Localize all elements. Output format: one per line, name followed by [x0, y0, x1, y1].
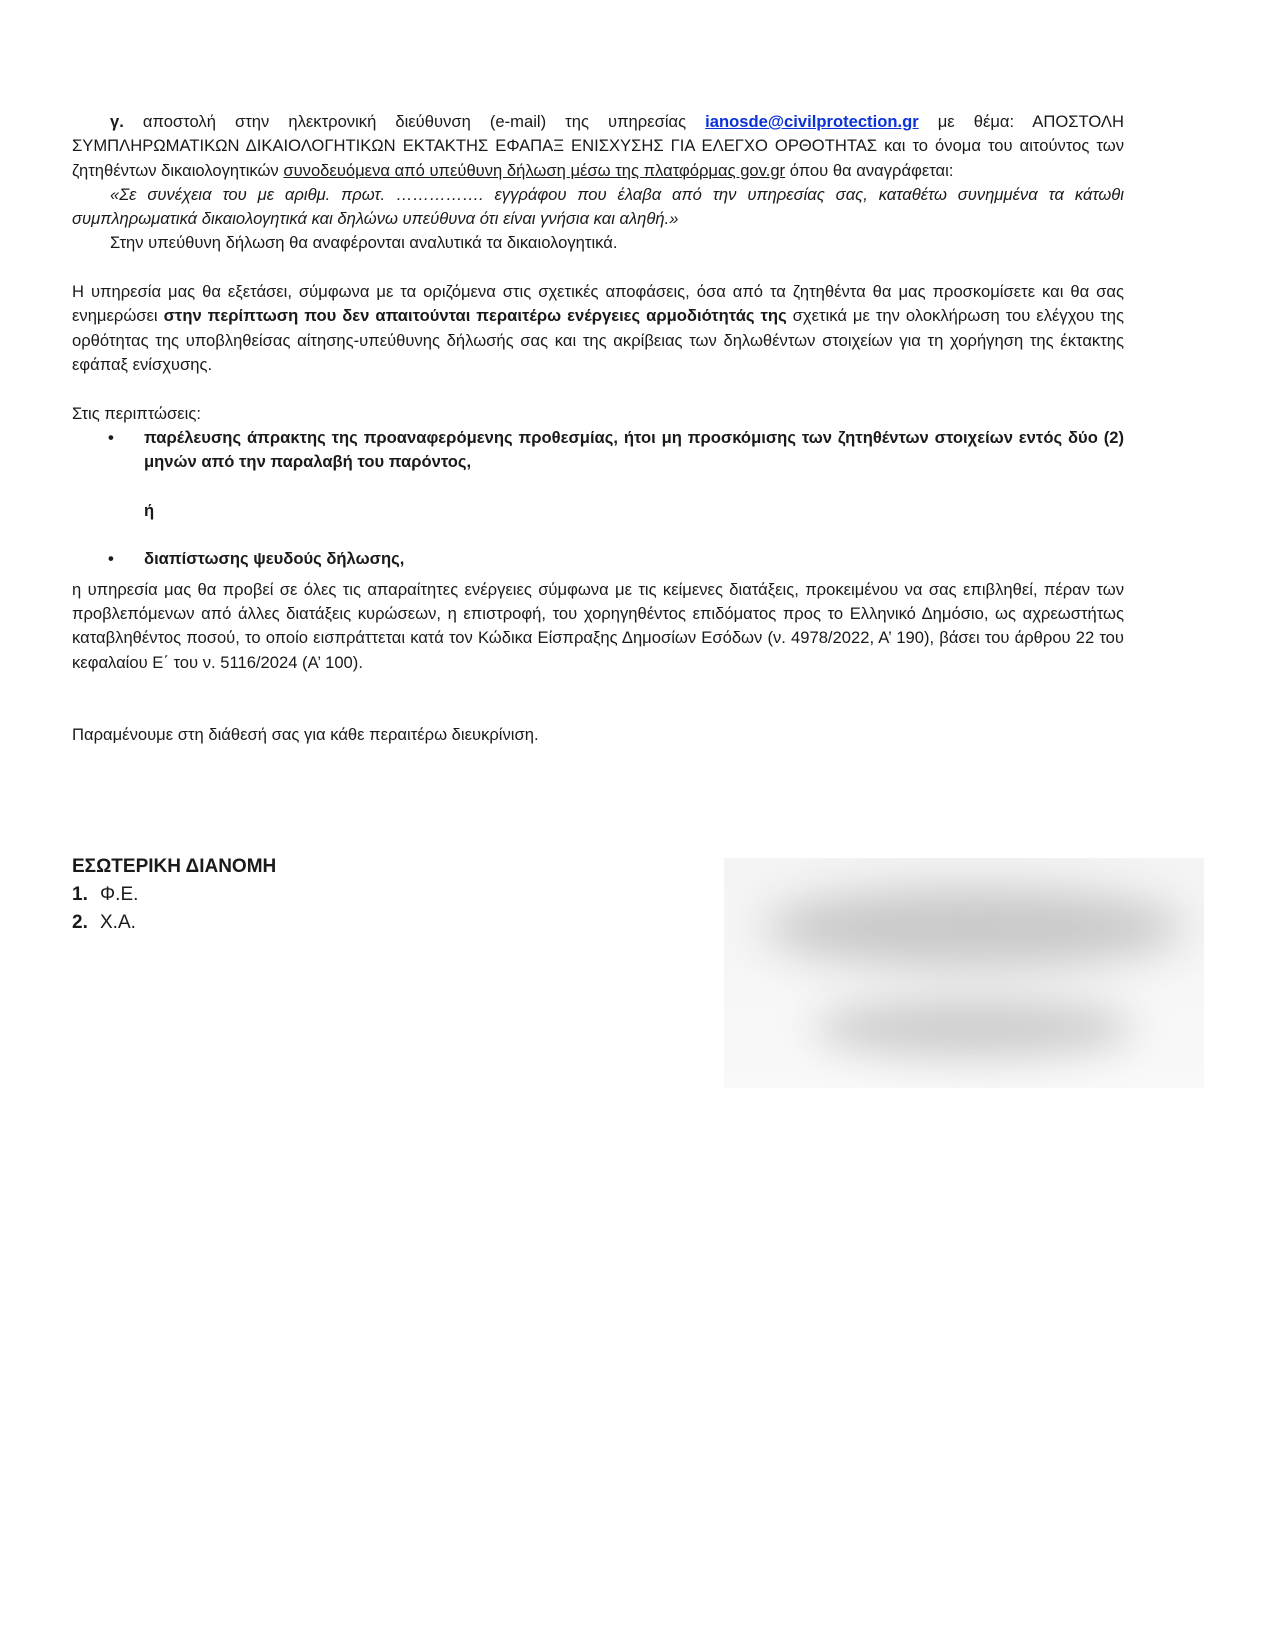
distribution-title: ΕΣΩΤΕΡΙΚΗ ΔΙΑΝΟΜΗ [72, 853, 276, 881]
declaration-note: Στην υπεύθυνη δήλωση θα αναφέρονται αναλ… [72, 231, 1124, 255]
section-g-label: γ. [110, 112, 124, 131]
closing-sentence: Παραμένουμε στη διάθεσή σας για κάθε περ… [72, 723, 1124, 747]
review-paragraph: Η υπηρεσία μας θα εξετάσει, σύμφωνα με τ… [72, 280, 1124, 377]
distribution-item: 1.Φ.Ε. [72, 881, 276, 909]
case-item: • παρέλευσης άπρακτης της προαναφερόμενη… [72, 426, 1124, 475]
bullet-icon: • [72, 426, 144, 475]
blurred-signature-block [724, 858, 1204, 1088]
document-page: γ. αποστολή στην ηλεκτρονική διεύθυνση (… [72, 110, 1124, 748]
distribution-item: 2.Χ.Α. [72, 909, 276, 937]
email-link[interactable]: ianosde@civilprotection.gr [705, 112, 919, 131]
internal-distribution: ΕΣΩΤΕΡΙΚΗ ΔΙΑΝΟΜΗ 1.Φ.Ε. 2.Χ.Α. [72, 853, 276, 937]
underlined-requirement: συνοδευόμενα από υπεύθυνη δήλωση μέσω τη… [283, 161, 785, 180]
quoted-declaration: «Σε συνέχεια του με αριθμ. πρωτ. ……………. … [72, 183, 1124, 232]
case-item: • διαπίστωσης ψευδούς δήλωσης, [72, 547, 1124, 571]
section-g-paragraph: γ. αποστολή στην ηλεκτρονική διεύθυνση (… [72, 110, 1124, 183]
or-separator: ή [72, 499, 1124, 523]
consequence-paragraph: η υπηρεσία μας θα προβεί σε όλες τις απα… [72, 578, 1124, 675]
review-bold-clause: στην περίπτωση που δεν απαιτούνται περαι… [164, 306, 787, 325]
cases-intro: Στις περιπτώσεις: [72, 402, 1124, 426]
bullet-icon: • [72, 547, 144, 571]
